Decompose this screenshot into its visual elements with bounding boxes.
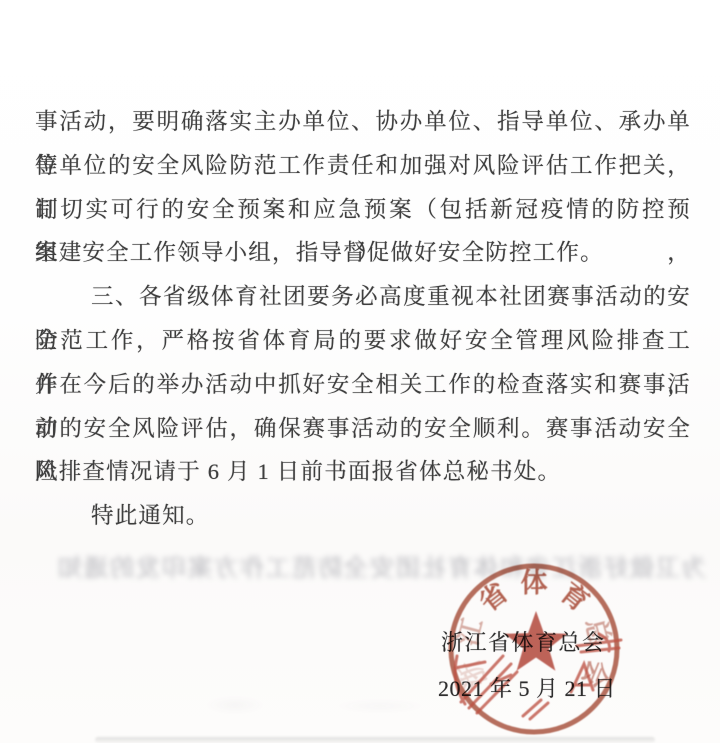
body-line: 防范工作，严格按省体育局的要求做好安全管理风险排查工作， bbox=[35, 319, 691, 363]
body-line: 等单位的安全风险防范工作责任和加强对风险评估工作把关，制 bbox=[35, 144, 691, 188]
body-line: 并在今后的举办活动中抓好安全相关工作的检查落实和赛事活动 bbox=[35, 363, 691, 407]
document-body: 事活动，要明确落实主办单位、协办单位、指导单位、承办单位 等单位的安全风险防范工… bbox=[35, 100, 691, 538]
body-line: 前的安全风险评估，确保赛事活动的安全顺利。赛事活动安全风 bbox=[35, 407, 691, 451]
body-line: 订切实可行的安全预案和应急预案（包括新冠疫情的防控预案）， bbox=[35, 188, 691, 232]
seal-star bbox=[505, 611, 568, 671]
body-line: 事活动，要明确落实主办单位、协办单位、指导单位、承办单位 bbox=[35, 100, 691, 144]
scanned-notice-document: 事活动，要明确落实主办单位、协办单位、指导单位、承办单位 等单位的安全风险防范工… bbox=[0, 0, 720, 743]
seal-arc-char: 江 bbox=[452, 615, 488, 649]
body-line-paragraph-three: 三、各省级体育社团要务必高度重视本社团赛事活动的安全 bbox=[35, 275, 691, 319]
seal-arc-char: 体 bbox=[521, 568, 548, 598]
closing-line: 特此通知。 bbox=[35, 494, 691, 538]
page-bottom-edge bbox=[95, 737, 655, 743]
scan-smudge bbox=[160, 688, 470, 718]
seal-arc-char: 育 bbox=[555, 576, 595, 617]
body-line: 险排查情况请于 6 月 1 日前书面报省体总秘书处。 bbox=[35, 450, 691, 494]
body-line: 组建安全工作领导小组，指导督促做好安全防控工作。 bbox=[35, 231, 691, 275]
official-seal: 浙 江 省 体 育 总 会 bbox=[441, 556, 631, 743]
